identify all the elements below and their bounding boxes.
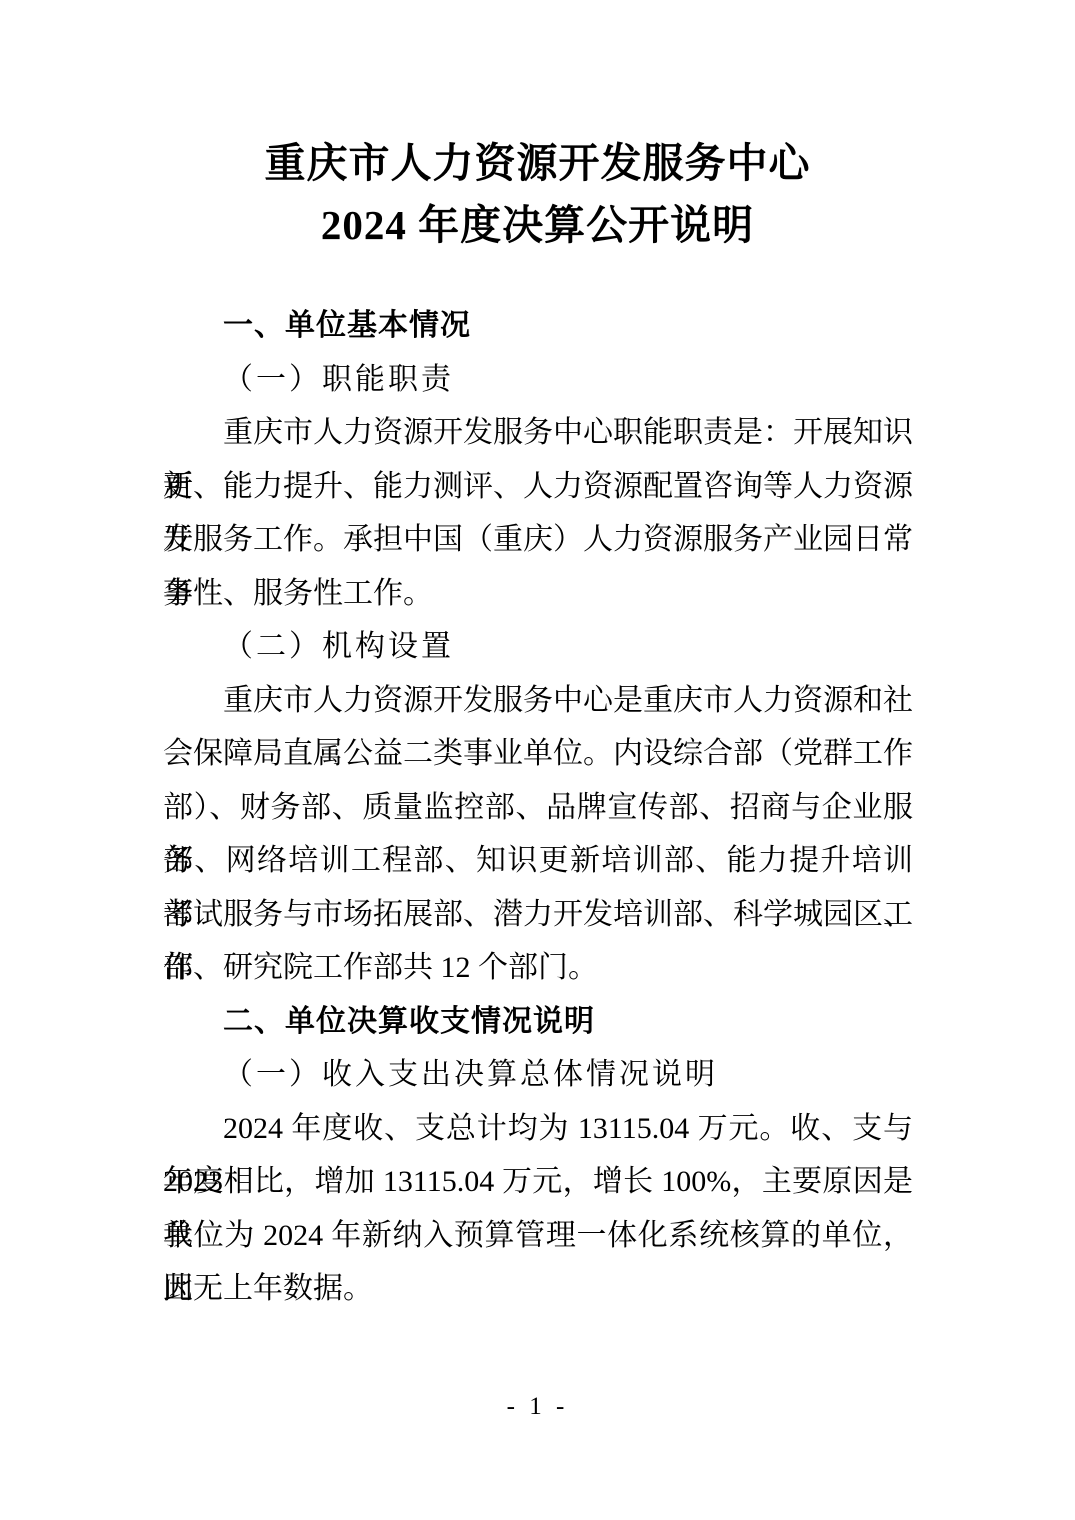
paragraph-3-line: 单位为 2024 年新纳入预算管理一体化系统核算的单位，因: [163, 1209, 913, 1263]
paragraph-1-line: 新、能力提升、能力测评、人力资源配置咨询等人力资源开: [163, 460, 913, 514]
paragraph-3-line: 年度相比，增加 13115.04 万元，增长 100%，主要原因是我: [163, 1155, 913, 1209]
paragraph-3-line: 此无上年数据。: [163, 1262, 913, 1316]
section-1-heading: 一、单位基本情况: [163, 299, 913, 353]
paragraph-2-line: 会保障局直属公益二类事业单位。内设综合部（党群工作: [163, 727, 913, 781]
section-1-sub-1-heading: （一）职能职责: [163, 353, 913, 407]
document-body: 一、单位基本情况 （一）职能职责 重庆市人力资源开发服务中心职能职责是：开展知识…: [163, 299, 913, 1316]
document-page: 重庆市人力资源开发服务中心 2024 年度决算公开说明 一、单位基本情况 （一）…: [0, 0, 1075, 1520]
paragraph-3-line: 2024 年度收、支总计均为 13115.04 万元。收、支与 2023: [163, 1102, 913, 1156]
paragraph-1-line: 务性、服务性工作。: [163, 567, 913, 621]
title-line-1: 重庆市人力资源开发服务中心: [0, 132, 1075, 194]
paragraph-1-line: 发服务工作。承担中国（重庆）人力资源服务产业园日常事: [163, 513, 913, 567]
paragraph-2-line: 部）、财务部、质量监控部、品牌宣传部、招商与企业服务: [163, 781, 913, 835]
paragraph-1-line: 重庆市人力资源开发服务中心职能职责是：开展知识更: [163, 406, 913, 460]
paragraph-2-line: 重庆市人力资源开发服务中心是重庆市人力资源和社: [163, 674, 913, 728]
page-number: - 1 -: [0, 1383, 1075, 1431]
section-2-sub-1-heading: （一）收入支出决算总体情况说明: [163, 1048, 913, 1102]
title-line-2: 2024 年度决算公开说明: [0, 194, 1075, 256]
paragraph-2-line: 部、研究院工作部共 12 个部门。: [163, 941, 913, 995]
paragraph-2-line: 考试服务与市场拓展部、潜力开发培训部、科学城园区工作: [163, 888, 913, 942]
section-2-heading: 二、单位决算收支情况说明: [163, 995, 913, 1049]
section-1-sub-2-heading: （二）机构设置: [163, 620, 913, 674]
paragraph-2-line: 部、网络培训工程部、知识更新培训部、能力提升培训部、: [163, 834, 913, 888]
document-title: 重庆市人力资源开发服务中心 2024 年度决算公开说明: [0, 132, 1075, 256]
